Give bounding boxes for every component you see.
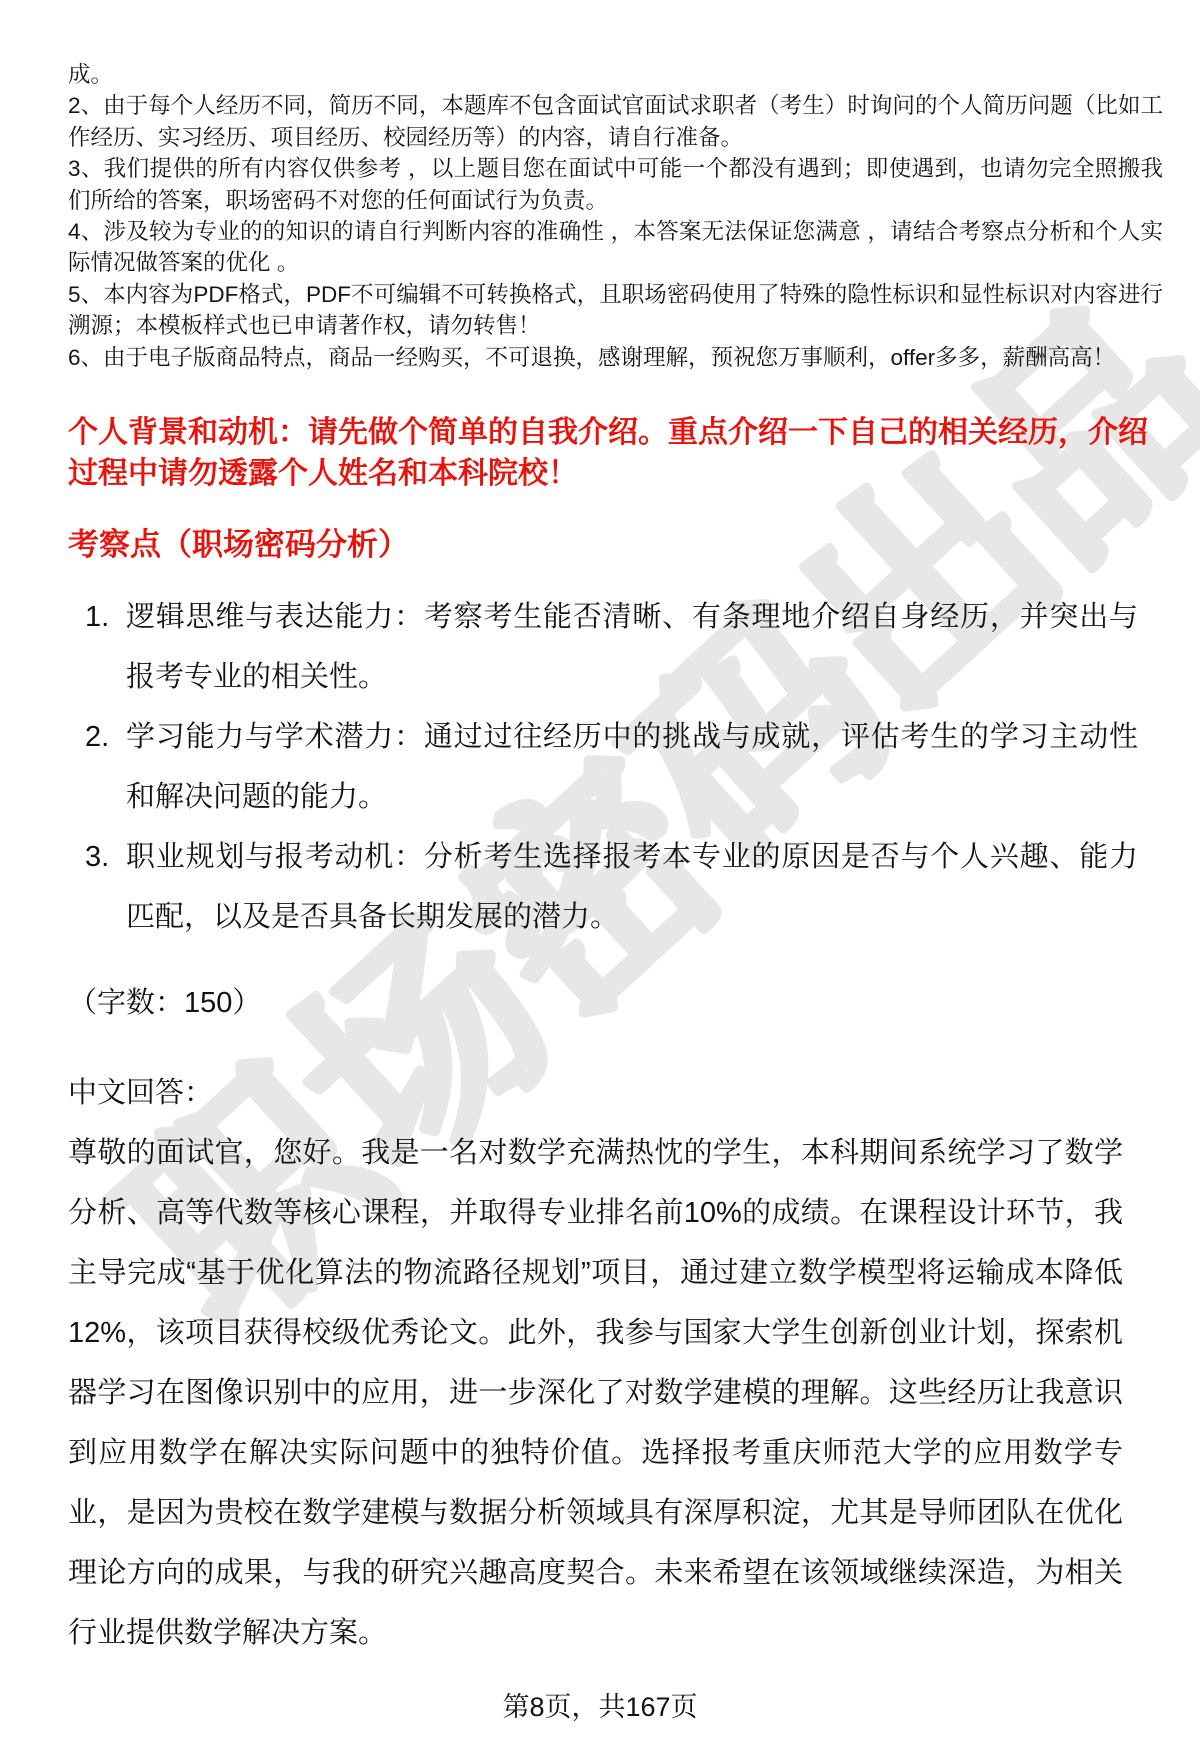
analysis-point: 2. 学习能力与学术潜力：通过过往经历中的挑战与成就，评估考生的学习主动性和解决… xyxy=(68,707,1138,827)
analysis-point-number: 1. xyxy=(85,587,109,647)
word-count-note: （字数：150） xyxy=(68,973,261,1033)
disclaimer-item: 4、涉及较为专业的的知识的请自行判断内容的准确性 ，本答案无法保证您满意 ，请结… xyxy=(68,216,1163,279)
disclaimer-section: 成。 2、由于每个人经历不同，简历不同，本题库不包含面试官面试求职者（考生）时询… xyxy=(68,59,1163,373)
analysis-point-number: 2. xyxy=(85,707,109,767)
disclaimer-list: 2、由于每个人经历不同，简历不同，本题库不包含面试官面试求职者（考生）时询问的个… xyxy=(68,90,1163,373)
analysis-points-list: 1. 逻辑思维与表达能力：考察考生能否清晰、有条理地介绍自身经历，并突出与报考专… xyxy=(68,587,1138,947)
disclaimer-item: 3、我们提供的所有内容仅供参考 ，以上题目您在面试中可能一个都没有遇到；即使遇到… xyxy=(68,153,1163,216)
analysis-point: 1. 逻辑思维与表达能力：考察考生能否清晰、有条理地介绍自身经历，并突出与报考专… xyxy=(68,587,1138,707)
disclaimer-item: 6、由于电子版商品特点，商品一经购买，不可退换，感谢理解，预祝您万事顺利，off… xyxy=(68,342,1163,373)
analysis-point-text: 学习能力与学术潜力：通过过往经历中的挑战与成就，评估考生的学习主动性和解决问题的… xyxy=(126,721,1138,813)
disclaimer-item: 5、本内容为PDF格式，PDF不可编辑不可转换格式，且职场密码使用了特殊的隐性标… xyxy=(68,279,1163,342)
analysis-heading: 考察点（职场密码分析） xyxy=(68,525,1148,565)
document-page: 职场密码出品 成。 2、由于每个人经历不同，简历不同，本题库不包含面试官面试求职… xyxy=(0,0,1200,1755)
question-title: 个人背景和动机：请先做个简单的自我介绍。重点介绍一下自己的相关经历，介绍过程中请… xyxy=(68,412,1148,494)
disclaimer-carryover-line: 成。 xyxy=(68,59,1163,90)
answer-paragraph: 尊敬的面试官，您好。我是一名对数学充满热忱的学生，本科期间系统学习了数学分析、高… xyxy=(68,1123,1123,1663)
page-number-footer: 第8页，共167页 xyxy=(0,1677,1200,1737)
disclaimer-item: 2、由于每个人经历不同，简历不同，本题库不包含面试官面试求职者（考生）时询问的个… xyxy=(68,90,1163,153)
answer-label: 中文回答： xyxy=(68,1063,213,1123)
analysis-point-text: 职业规划与报考动机：分析考生选择报考本专业的原因是否与个人兴趣、能力匹配，以及是… xyxy=(126,841,1138,933)
analysis-point: 3. 职业规划与报考动机：分析考生选择报考本专业的原因是否与个人兴趣、能力匹配，… xyxy=(68,827,1138,947)
analysis-point-text: 逻辑思维与表达能力：考察考生能否清晰、有条理地介绍自身经历，并突出与报考专业的相… xyxy=(126,601,1138,693)
analysis-point-number: 3. xyxy=(85,827,109,887)
